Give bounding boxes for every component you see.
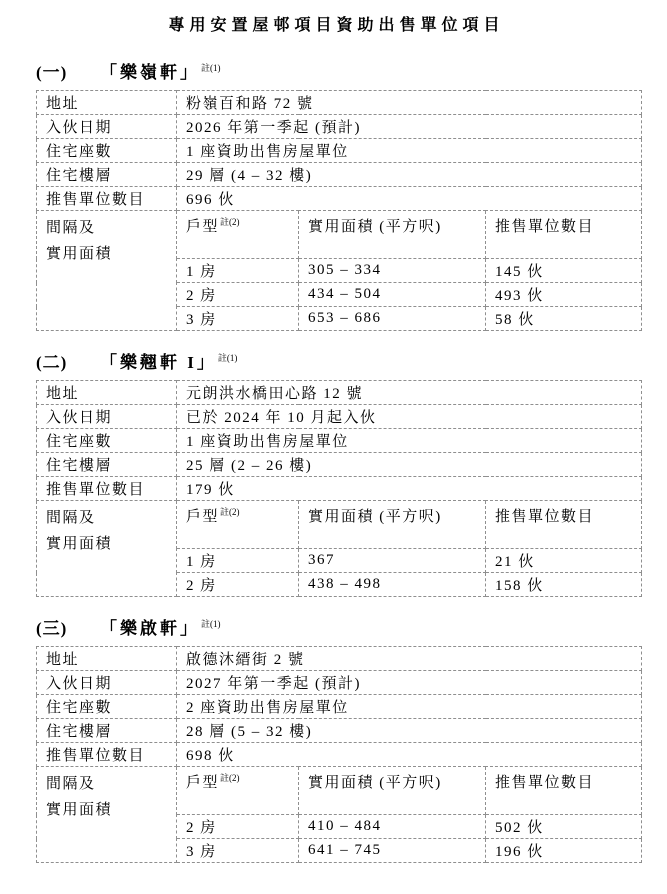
unit-count: 21 伙: [486, 549, 642, 573]
unit-area-range: 305 – 334: [299, 259, 486, 283]
unit-flat-type: 2 房: [177, 283, 299, 307]
unit-count: 502 伙: [486, 815, 642, 839]
unit-header-count: 推售單位數目: [486, 211, 642, 259]
info-value: 696 伙: [177, 187, 642, 211]
info-label: 入伙日期: [37, 405, 177, 429]
section-name-text: 「樂翹軒 I」: [100, 353, 217, 372]
unit-table-header-row: 間隔及 實用面積 戶型註(2) 實用面積 (平方呎) 推售單位數目: [37, 501, 642, 549]
unit-count: 58 伙: [486, 307, 642, 331]
unit-header-area: 實用面積 (平方呎): [299, 767, 486, 815]
info-row-address: 地址 粉嶺百和路 72 號: [37, 91, 642, 115]
unit-flat-type: 2 房: [177, 815, 299, 839]
unit-header-area: 實用面積 (平方呎): [299, 501, 486, 549]
unit-area-range: 653 – 686: [299, 307, 486, 331]
unit-flat-type: 3 房: [177, 839, 299, 863]
unit-header-count: 推售單位數目: [486, 767, 642, 815]
section-2-heading: (二) 「樂翹軒 I」註(1): [36, 352, 647, 373]
section-name-text: 「樂啟軒」: [100, 619, 200, 638]
info-row-floors: 住宅樓層 25 層 (2 – 26 樓): [37, 453, 642, 477]
note-2-superscript: 註(2): [220, 217, 240, 227]
unit-flat-type: 3 房: [177, 307, 299, 331]
info-row-blocks: 住宅座數 2 座資助出售房屋單位: [37, 695, 642, 719]
info-label: 推售單位數目: [37, 187, 177, 211]
unit-header-flat-type-text: 戶型: [186, 509, 219, 525]
unit-flat-type: 2 房: [177, 573, 299, 597]
unit-header-flat-type: 戶型註(2): [177, 501, 299, 549]
layout-label-line-1: 間隔及: [46, 771, 167, 797]
section-2-table: 地址 元朗洪水橋田心路 12 號 入伙日期 已於 2024 年 10 月起入伙 …: [36, 380, 642, 597]
unit-header-flat-type: 戶型註(2): [177, 211, 299, 259]
info-row-intake-date: 入伙日期 已於 2024 年 10 月起入伙: [37, 405, 642, 429]
info-label: 住宅座數: [37, 695, 177, 719]
unit-flat-type: 1 房: [177, 259, 299, 283]
info-value: 179 伙: [177, 477, 642, 501]
info-label: 推售單位數目: [37, 477, 177, 501]
layout-label-line-1: 間隔及: [46, 215, 167, 241]
section-index: (一): [36, 62, 100, 83]
info-label: 入伙日期: [37, 115, 177, 139]
info-value: 2027 年第一季起 (預計): [177, 671, 642, 695]
info-label: 地址: [37, 381, 177, 405]
info-row-intake-date: 入伙日期 2026 年第一季起 (預計): [37, 115, 642, 139]
info-label: 住宅座數: [37, 139, 177, 163]
document-page: 專用安置屋邨項目資助出售單位項目 (一) 「樂嶺軒」註(1) 地址 粉嶺百和路 …: [0, 0, 667, 894]
note-2-superscript: 註(2): [220, 507, 240, 517]
section-1-table: 地址 粉嶺百和路 72 號 入伙日期 2026 年第一季起 (預計) 住宅座數 …: [36, 90, 642, 331]
info-row-unit-count: 推售單位數目 179 伙: [37, 477, 642, 501]
info-label: 住宅座數: [37, 429, 177, 453]
unit-header-flat-type: 戶型註(2): [177, 767, 299, 815]
info-value: 2026 年第一季起 (預計): [177, 115, 642, 139]
unit-header-area: 實用面積 (平方呎): [299, 211, 486, 259]
info-label: 住宅樓層: [37, 719, 177, 743]
section-name: 「樂嶺軒」註(1): [100, 62, 221, 83]
info-value: 元朗洪水橋田心路 12 號: [177, 381, 642, 405]
unit-count: 145 伙: [486, 259, 642, 283]
info-row-floors: 住宅樓層 29 層 (4 – 32 樓): [37, 163, 642, 187]
info-label: 住宅樓層: [37, 453, 177, 477]
unit-table-header-row: 間隔及 實用面積 戶型註(2) 實用面積 (平方呎) 推售單位數目: [37, 767, 642, 815]
info-value: 1 座資助出售房屋單位: [177, 139, 642, 163]
info-row-address: 地址 啟德沐縉街 2 號: [37, 647, 642, 671]
unit-area-range: 410 – 484: [299, 815, 486, 839]
unit-area-range: 438 – 498: [299, 573, 486, 597]
info-label: 推售單位數目: [37, 743, 177, 767]
unit-count: 158 伙: [486, 573, 642, 597]
info-row-blocks: 住宅座數 1 座資助出售房屋單位: [37, 429, 642, 453]
section-1: (一) 「樂嶺軒」註(1) 地址 粉嶺百和路 72 號 入伙日期 2026 年第…: [36, 62, 647, 331]
info-value: 28 層 (5 – 32 樓): [177, 719, 642, 743]
unit-area-range: 434 – 504: [299, 283, 486, 307]
section-3-table: 地址 啟德沐縉街 2 號 入伙日期 2027 年第一季起 (預計) 住宅座數 2…: [36, 646, 642, 863]
note-1-superscript: 註(1): [218, 353, 238, 363]
info-row-unit-count: 推售單位數目 696 伙: [37, 187, 642, 211]
section-3-heading: (三) 「樂啟軒」註(1): [36, 618, 647, 639]
info-value: 25 層 (2 – 26 樓): [177, 453, 642, 477]
info-label: 入伙日期: [37, 671, 177, 695]
info-value: 29 層 (4 – 32 樓): [177, 163, 642, 187]
section-index: (二): [36, 352, 100, 373]
info-value: 1 座資助出售房屋單位: [177, 429, 642, 453]
unit-count: 493 伙: [486, 283, 642, 307]
unit-table-header-row: 間隔及 實用面積 戶型註(2) 實用面積 (平方呎) 推售單位數目: [37, 211, 642, 259]
section-index: (三): [36, 618, 100, 639]
info-label: 住宅樓層: [37, 163, 177, 187]
unit-flat-type: 1 房: [177, 549, 299, 573]
section-2: (二) 「樂翹軒 I」註(1) 地址 元朗洪水橋田心路 12 號 入伙日期 已於…: [36, 352, 647, 597]
note-1-superscript: 註(1): [201, 63, 221, 73]
info-value: 啟德沐縉街 2 號: [177, 647, 642, 671]
unit-header-flat-type-text: 戶型: [186, 219, 219, 235]
info-value: 698 伙: [177, 743, 642, 767]
info-row-floors: 住宅樓層 28 層 (5 – 32 樓): [37, 719, 642, 743]
section-1-heading: (一) 「樂嶺軒」註(1): [36, 62, 647, 83]
section-name: 「樂啟軒」註(1): [100, 618, 221, 639]
info-row-unit-count: 推售單位數目 698 伙: [37, 743, 642, 767]
info-row-blocks: 住宅座數 1 座資助出售房屋單位: [37, 139, 642, 163]
layout-area-label: 間隔及 實用面積: [37, 767, 177, 863]
note-2-superscript: 註(2): [220, 773, 240, 783]
info-row-intake-date: 入伙日期 2027 年第一季起 (預計): [37, 671, 642, 695]
document-title: 專用安置屋邨項目資助出售單位項目: [26, 12, 647, 35]
section-name-text: 「樂嶺軒」: [100, 63, 200, 82]
info-value: 粉嶺百和路 72 號: [177, 91, 642, 115]
layout-label-line-2: 實用面積: [46, 531, 167, 557]
info-label: 地址: [37, 647, 177, 671]
info-value: 已於 2024 年 10 月起入伙: [177, 405, 642, 429]
layout-label-line-1: 間隔及: [46, 505, 167, 531]
unit-header-flat-type-text: 戶型: [186, 775, 219, 791]
layout-area-label: 間隔及 實用面積: [37, 211, 177, 331]
info-row-address: 地址 元朗洪水橋田心路 12 號: [37, 381, 642, 405]
layout-label-line-2: 實用面積: [46, 797, 167, 823]
unit-header-count: 推售單位數目: [486, 501, 642, 549]
layout-area-label: 間隔及 實用面積: [37, 501, 177, 597]
layout-label-line-2: 實用面積: [46, 241, 167, 267]
note-1-superscript: 註(1): [201, 619, 221, 629]
unit-area-range: 641 – 745: [299, 839, 486, 863]
section-name: 「樂翹軒 I」註(1): [100, 352, 237, 373]
section-3: (三) 「樂啟軒」註(1) 地址 啟德沐縉街 2 號 入伙日期 2027 年第一…: [36, 618, 647, 863]
unit-area-range: 367: [299, 549, 486, 573]
unit-count: 196 伙: [486, 839, 642, 863]
info-label: 地址: [37, 91, 177, 115]
info-value: 2 座資助出售房屋單位: [177, 695, 642, 719]
